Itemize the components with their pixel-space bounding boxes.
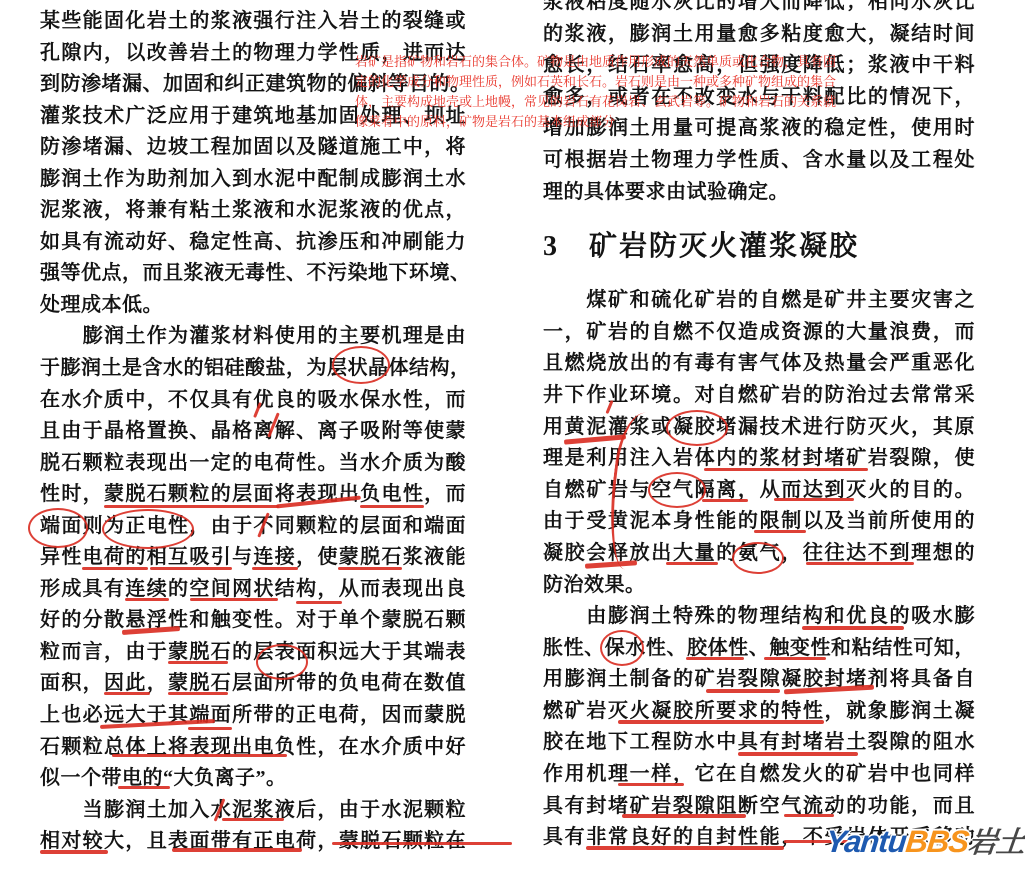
annotation-circle bbox=[102, 509, 194, 549]
annotation-underline bbox=[190, 598, 278, 601]
text-line: 粒而言，由于蒙脱石的层表面积远大于其端表 bbox=[40, 637, 466, 669]
annotation-underline bbox=[774, 498, 854, 501]
annotation-circle bbox=[732, 542, 784, 574]
annotation-underline bbox=[586, 846, 784, 850]
annotation-circle bbox=[256, 644, 308, 680]
annotation-underline bbox=[622, 814, 746, 818]
text-line: 浆液粘度随水灰比的增大而降低；相同水灰比 bbox=[543, 0, 975, 19]
text-line: 膨润土作为灌浆材料使用的主要机理是由 bbox=[40, 321, 466, 353]
annotation-underline bbox=[764, 657, 826, 660]
annotation-underline bbox=[252, 567, 298, 570]
text-line: 自燃矿岩与空气隔离，从而达到灭火的目的。 bbox=[543, 475, 975, 507]
annotation-underline bbox=[82, 567, 148, 570]
annotation-underline bbox=[150, 567, 232, 570]
text-line: 且燃烧放出的有毒有害气体及热量会严重恶化 bbox=[543, 348, 975, 380]
red-note-line: 定的化学成分和物理性质，例如石英和长石。岩石则是由一种或多种矿物组成的集合 bbox=[355, 72, 836, 92]
text-line: 且由于晶格置换、晶格离解、离子吸附等使蒙 bbox=[40, 416, 466, 448]
text-line: 在水介质中，不仅具有优良的吸水保水性，而 bbox=[40, 385, 466, 417]
text-line: 理的具体要求由试验确定。 bbox=[543, 177, 975, 209]
red-note-line: 岩矿是指矿物和岩石的集合体。矿物是由地质作用形成的天然单质或化合物，具有固 bbox=[355, 52, 836, 72]
annotation-underline bbox=[738, 752, 858, 756]
annotation-underline bbox=[172, 848, 302, 852]
annotation-circle bbox=[600, 630, 644, 666]
annotation-underline bbox=[104, 692, 150, 695]
text-line: 当膨润土加入水泥浆液后，由于水泥颗粒 bbox=[40, 795, 466, 827]
text-line: 面积，因此，蒙脱石层面所带的负电荷在数值 bbox=[40, 668, 466, 700]
text-line: 泥浆液，将兼有粘土浆液和水泥浆液的优点， bbox=[40, 195, 466, 227]
text-line: 防渗堵漏、边坡工程加固以及隧道施工中，将 bbox=[40, 132, 466, 164]
scanned-paper-page: { "page": { "background": "#ffffff", "te… bbox=[0, 0, 1025, 873]
text-line: 似一个带电的“大负离子”。 bbox=[40, 763, 466, 795]
annotation-underline bbox=[754, 530, 806, 533]
annotation-underline bbox=[784, 814, 834, 817]
annotation-underline bbox=[666, 562, 718, 565]
text-line: 的浆液，膨润土用量愈多粘度愈大，凝结时间 bbox=[543, 19, 975, 51]
watermark-bbs-text: BBS bbox=[904, 824, 970, 859]
text-line: 作用机理一样，它在自燃发火的矿岩中也同样 bbox=[543, 759, 975, 791]
annotation-underline bbox=[118, 786, 170, 789]
annotation-underline bbox=[296, 601, 342, 604]
text-line: 好的分散悬浮性和触变性。对于单个蒙脱石颗 bbox=[40, 605, 466, 637]
watermark-yantu-text: Yantu bbox=[824, 824, 908, 859]
section-heading: 3 矿岩防灭火灌浆凝胶 bbox=[543, 224, 975, 270]
text-line: 防治效果。 bbox=[543, 570, 975, 602]
annotation-underline bbox=[332, 842, 512, 845]
text-line: 强等优点，而且浆液无毒性、不污染地下环境、 bbox=[40, 258, 466, 290]
annotation-underline bbox=[168, 692, 228, 695]
annotation-underline bbox=[360, 505, 424, 508]
annotation-underline bbox=[618, 720, 824, 724]
annotation-underline bbox=[686, 657, 744, 660]
red-note-annotation: 岩矿是指矿物和岩石的集合体。矿物是由地质作用形成的天然单质或化合物，具有固定的化… bbox=[355, 52, 836, 132]
red-note-line: 像菜肴中的原料，矿物是岩石的基本组成部分 bbox=[355, 112, 836, 132]
text-line: 如具有流动好、稳定性高、抗渗压和冲刷能力 bbox=[40, 227, 466, 259]
annotation-underline bbox=[40, 850, 108, 854]
annotation-underline bbox=[188, 727, 232, 730]
annotation-circle bbox=[28, 508, 88, 548]
annotation-underline bbox=[125, 598, 169, 601]
watermark-chinese-text: 岩土在线 bbox=[966, 827, 1025, 859]
text-line: 石颗粒总体上将表现出电负性，在水介质中好 bbox=[40, 732, 466, 764]
annotation-circle bbox=[666, 410, 728, 446]
text-line: 膨润土作为助剂加入到水泥中配制成膨润土水 bbox=[40, 164, 466, 196]
red-note-line: 体，主要构成地壳或上地幔，常见的岩石有花岗岩、玄武岩等。矿物和岩石的关系就 bbox=[355, 92, 836, 112]
annotation-circle bbox=[332, 346, 390, 384]
annotation-circle bbox=[648, 472, 706, 508]
annotation-underline bbox=[702, 499, 748, 502]
text-line: 处理成本低。 bbox=[40, 290, 466, 322]
annotation-underline bbox=[704, 468, 868, 471]
annotation-underline bbox=[618, 783, 684, 786]
annotation-underline bbox=[168, 661, 228, 664]
text-line: 煤矿和硫化矿岩的自燃是矿井主要灾害之 bbox=[543, 285, 975, 317]
annotation-underline bbox=[706, 689, 780, 693]
text-line: 脱石颗粒表现出一定的电荷性。当水介质为酸 bbox=[40, 448, 466, 480]
text-line: 某些能固化岩土的浆液强行注入岩土的裂缝或 bbox=[40, 6, 466, 38]
text-line: 由膨润土特殊的物理结构和优良的吸水膨 bbox=[543, 601, 975, 633]
text-line: 由于受黄泥本身性能的限制以及当前所使用的 bbox=[543, 506, 975, 538]
annotation-underline bbox=[338, 567, 402, 570]
text-line: 于膨润土是含水的铝硅酸盐，为层状晶体结构， bbox=[40, 353, 466, 385]
annotation-underline bbox=[222, 818, 284, 821]
annotation-underline bbox=[104, 505, 279, 508]
text-line: 一，矿岩的自燃不仅造成资源的大量浪费，而 bbox=[543, 317, 975, 349]
annotation-underline bbox=[806, 562, 914, 565]
watermark-yantubbs-logo: YantuBBS岩土在线 bbox=[824, 820, 1025, 861]
text-line: 可根据岩土物理力学性质、含水量以及工程处 bbox=[543, 145, 975, 177]
left-text-column: 某些能固化岩土的浆液强行注入岩土的裂缝或孔隙内，以改善岩土的物理力学性质，进而达… bbox=[40, 6, 466, 858]
annotation-underline bbox=[802, 626, 904, 630]
text-line: 具有封堵矿岩裂隙阻断空气流动的功能，而且 bbox=[543, 791, 975, 823]
annotation-underline bbox=[112, 754, 287, 757]
